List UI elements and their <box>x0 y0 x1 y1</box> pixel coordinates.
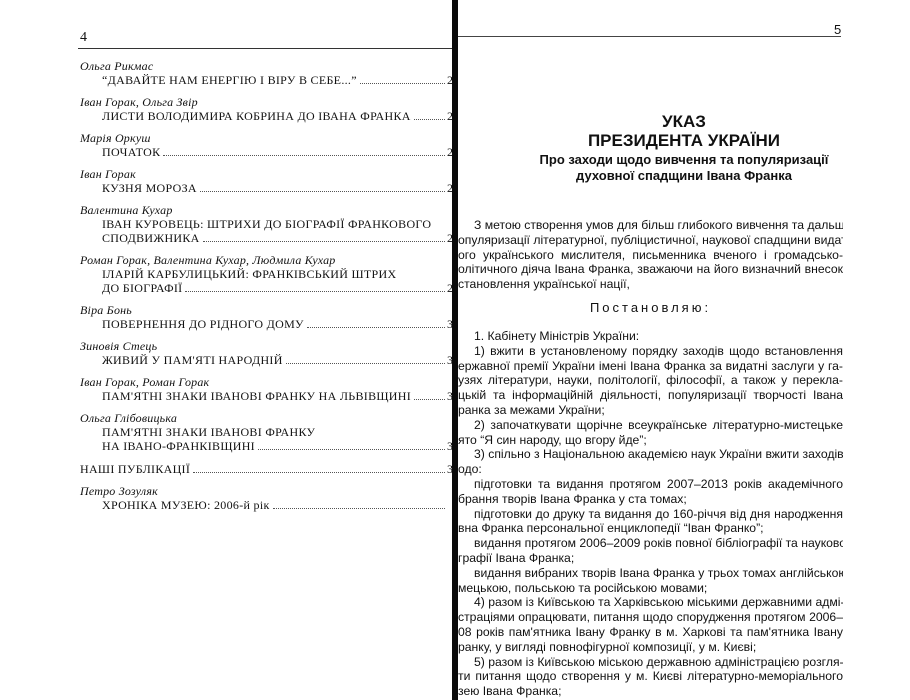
toc-title: ІВАН КУРОВЕЦЬ: ШТРИХИ ДО БІОГРАФІЇ ФРАНК… <box>80 217 455 231</box>
decree-line: графії Івана Франка; <box>458 551 843 566</box>
preamble-line: З метою створення умов для більш глибоко… <box>458 218 843 233</box>
toc-author: Ольга Рикмас <box>80 60 455 73</box>
right-page: 5 УКАЗ ПРЕЗИДЕНТА УКРАЇНИ Про заходи щод… <box>458 0 910 700</box>
toc-title: ЖИВИЙ У ПАМ'ЯТІ НАРОДНІЙ <box>102 353 283 367</box>
toc-title: ПАМ'ЯТНІ ЗНАКИ ІВАНОВІ ФРАНКУ <box>80 425 455 439</box>
decree-subject-line2: духовної спадщини Івана Франка <box>458 168 910 184</box>
toc-entry: Зиновія СтецьЖИВИЙ У ПАМ'ЯТІ НАРОДНІЙ3 <box>80 340 455 367</box>
toc-title-row: КУЗНЯ МОРОЗА2 <box>80 181 455 195</box>
decree-line: ранка за межами України; <box>458 403 843 418</box>
decree-line: 08 років пам'ятника Івану Франку в м. Ха… <box>458 625 843 640</box>
toc-entry: Ольга Рикмас“ДАВАЙТЕ НАМ ЕНЕРГІЮ І ВІРУ … <box>80 60 455 87</box>
toc-title-row: ЖИВИЙ У ПАМ'ЯТІ НАРОДНІЙ3 <box>80 353 455 367</box>
toc-leader-dots <box>163 154 445 156</box>
decree-line: 3) спільно з Національною академією наук… <box>458 447 843 462</box>
decree-line: одо: <box>458 462 843 477</box>
decree-line: ержавної премії України імені Івана Фран… <box>458 359 843 374</box>
header-rule-left <box>78 48 453 49</box>
toc-leader-dots <box>185 290 445 292</box>
decree-line: вна Франка персональної енциклопедії “Ів… <box>458 521 843 536</box>
toc-title: ДО БІОГРАФІЇ <box>102 281 182 295</box>
decree-line: зею Івана Франка; <box>458 684 843 699</box>
decree-line: 2) започаткувати щорічне всеукраїнське л… <box>458 418 843 433</box>
toc-author: Іван Горак, Ольга Звір <box>80 96 455 109</box>
decree-line: брання творів Івана Франка у ста томах; <box>458 492 843 507</box>
toc-author: Іван Горак <box>80 168 455 181</box>
decree-items: 1. Кабінету Міністрів України:1) вжити в… <box>458 329 843 699</box>
toc-leader-dots <box>203 240 445 242</box>
decree-issuer: ПРЕЗИДЕНТА УКРАЇНИ <box>458 131 910 150</box>
decree-title: УКАЗ <box>458 112 910 131</box>
toc-author: Віра Бонь <box>80 304 455 317</box>
page-number-left: 4 <box>80 30 87 46</box>
toc-leader-dots <box>414 398 445 400</box>
toc-title: НА ІВАНО-ФРАНКІВЩИНІ <box>102 439 255 453</box>
decree-line: 1) вжити в установленому порядку заходів… <box>458 344 843 359</box>
toc-author: Іван Горак, Роман Горак <box>80 376 455 389</box>
decree-line: ранку, у вигляді повнофігурної композиці… <box>458 640 843 655</box>
decree-line: узях літератури, науки, політології, філ… <box>458 373 843 388</box>
toc-author: Петро Зозуляк <box>80 485 455 498</box>
decree-line: 4) разом із Київською та Харківською міс… <box>458 595 843 610</box>
toc-leader-dots <box>286 362 445 364</box>
toc-title: ІЛАРІЙ КАРБУЛИЦЬКИЙ: ФРАНКІВСЬКИЙ ШТРИХ <box>80 267 455 281</box>
toc-entry: НАШІ ПУБЛІКАЦІЇ3 <box>80 462 455 476</box>
toc-leader-dots <box>258 448 445 450</box>
toc-title-row: НА ІВАНО-ФРАНКІВЩИНІ3 <box>80 439 455 453</box>
toc-entry: Валентина КухарІВАН КУРОВЕЦЬ: ШТРИХИ ДО … <box>80 204 455 245</box>
toc-author: Ольга Глібовицька <box>80 412 455 425</box>
toc-title-row: ЛИСТИ ВОЛОДИМИРА КОБРИНА ДО ІВАНА ФРАНКА… <box>80 109 455 123</box>
toc-entry: Іван Горак, Ольга ЗвірЛИСТИ ВОЛОДИМИРА К… <box>80 96 455 123</box>
toc-leader-dots <box>307 326 445 328</box>
left-page: 4 Ольга Рикмас“ДАВАЙТЕ НАМ ЕНЕРГІЮ І ВІР… <box>0 0 455 700</box>
decree-line: видання протягом 2006–2009 років повної … <box>458 536 843 551</box>
toc-title: ПАМ'ЯТНІ ЗНАКИ ІВАНОВІ ФРАНКУ НА ЛЬВІВЩИ… <box>102 389 411 403</box>
decree-line: 5) разом із Київською міською державною … <box>458 655 843 670</box>
toc-author: Роман Горак, Валентина Кухар, Людмила Ку… <box>80 254 455 267</box>
preamble-line: ого українського мислителя, письменника … <box>458 248 843 263</box>
decree-line: ято “Я син народу, що вгору йде”; <box>458 433 843 448</box>
toc-entry: Іван Горак, Роман ГоракПАМ'ЯТНІ ЗНАКИ ІВ… <box>80 376 455 403</box>
decree-resolve: Постановляю: <box>458 300 843 315</box>
decree-line: страціями опрацювати, питання щодо спору… <box>458 610 843 625</box>
toc-entry: Роман Горак, Валентина Кухар, Людмила Ку… <box>80 254 455 295</box>
toc-title-row: СПОДВИЖНИКА2 <box>80 231 455 245</box>
toc-author: Зиновія Стець <box>80 340 455 353</box>
decree-line: видання вибраних творів Івана Франка у т… <box>458 566 843 581</box>
decree-line: мецькою, польською та російською мовами; <box>458 581 843 596</box>
toc-title: НАШІ ПУБЛІКАЦІЇ <box>80 462 190 476</box>
toc-leader-dots <box>273 507 445 509</box>
toc-title: ПОЧАТОК <box>102 145 160 159</box>
toc-entry: Віра БоньПОВЕРНЕННЯ ДО РІДНОГО ДОМУ3 <box>80 304 455 331</box>
decree-line: підготовки та видання протягом 2007–2013… <box>458 477 843 492</box>
toc-title-row: ПОЧАТОК2 <box>80 145 455 159</box>
toc-title-row: ХРОНІКА МУЗЕЮ: 2006-й рік <box>80 498 455 512</box>
preamble-line: становлення української нації, <box>458 277 843 292</box>
toc-author: Валентина Кухар <box>80 204 455 217</box>
toc-entry: Іван ГоракКУЗНЯ МОРОЗА2 <box>80 168 455 195</box>
toc-title: ЛИСТИ ВОЛОДИМИРА КОБРИНА ДО ІВАНА ФРАНКА <box>102 109 411 123</box>
toc-leader-dots <box>193 471 445 473</box>
toc-title-row: “ДАВАЙТЕ НАМ ЕНЕРГІЮ І ВІРУ В СЕБЕ...”2 <box>80 73 455 87</box>
toc-title-row: НАШІ ПУБЛІКАЦІЇ3 <box>80 462 455 476</box>
toc-entry: Петро ЗозулякХРОНІКА МУЗЕЮ: 2006-й рік <box>80 485 455 512</box>
toc-leader-dots <box>360 82 445 84</box>
toc-entry: Ольга ГлібовицькаПАМ'ЯТНІ ЗНАКИ ІВАНОВІ … <box>80 412 455 453</box>
toc-leader-dots <box>414 118 445 120</box>
toc-title: “ДАВАЙТЕ НАМ ЕНЕРГІЮ І ВІРУ В СЕБЕ...” <box>102 73 357 87</box>
toc-title-row: ДО БІОГРАФІЇ2 <box>80 281 455 295</box>
decree-line: цькій та інформаційній діяльності, попул… <box>458 388 843 403</box>
decree-line: підготовки до друку та видання до 160-рі… <box>458 507 843 522</box>
preamble-line: опуляризації літературної, публіцистично… <box>458 233 843 248</box>
toc-title: ХРОНІКА МУЗЕЮ: 2006-й рік <box>102 498 270 512</box>
decree-line: 1. Кабінету Міністрів України: <box>458 329 843 344</box>
toc-title-row: ПАМ'ЯТНІ ЗНАКИ ІВАНОВІ ФРАНКУ НА ЛЬВІВЩИ… <box>80 389 455 403</box>
toc-leader-dots <box>200 190 445 192</box>
toc-title: ПОВЕРНЕННЯ ДО РІДНОГО ДОМУ <box>102 317 304 331</box>
toc-entry: Марія ОркушПОЧАТОК2 <box>80 132 455 159</box>
toc-title: КУЗНЯ МОРОЗА <box>102 181 197 195</box>
decree-preamble: З метою створення умов для більш глибоко… <box>458 218 843 292</box>
table-of-contents: Ольга Рикмас“ДАВАЙТЕ НАМ ЕНЕРГІЮ І ВІРУ … <box>80 60 455 521</box>
toc-title: СПОДВИЖНИКА <box>102 231 200 245</box>
page-number-right: 5 <box>834 22 841 37</box>
decree-heading: УКАЗ ПРЕЗИДЕНТА УКРАЇНИ Про заходи щодо … <box>458 112 910 184</box>
decree-line: ти питання щодо створення у м. Києві літ… <box>458 669 843 684</box>
decree-subject-line1: Про заходи щодо вивчення та популяризаці… <box>458 152 910 168</box>
header-rule-right <box>458 36 841 37</box>
preamble-line: олітичного діяча Івана Франка, зважаючи … <box>458 262 843 277</box>
toc-title-row: ПОВЕРНЕННЯ ДО РІДНОГО ДОМУ3 <box>80 317 455 331</box>
toc-author: Марія Оркуш <box>80 132 455 145</box>
